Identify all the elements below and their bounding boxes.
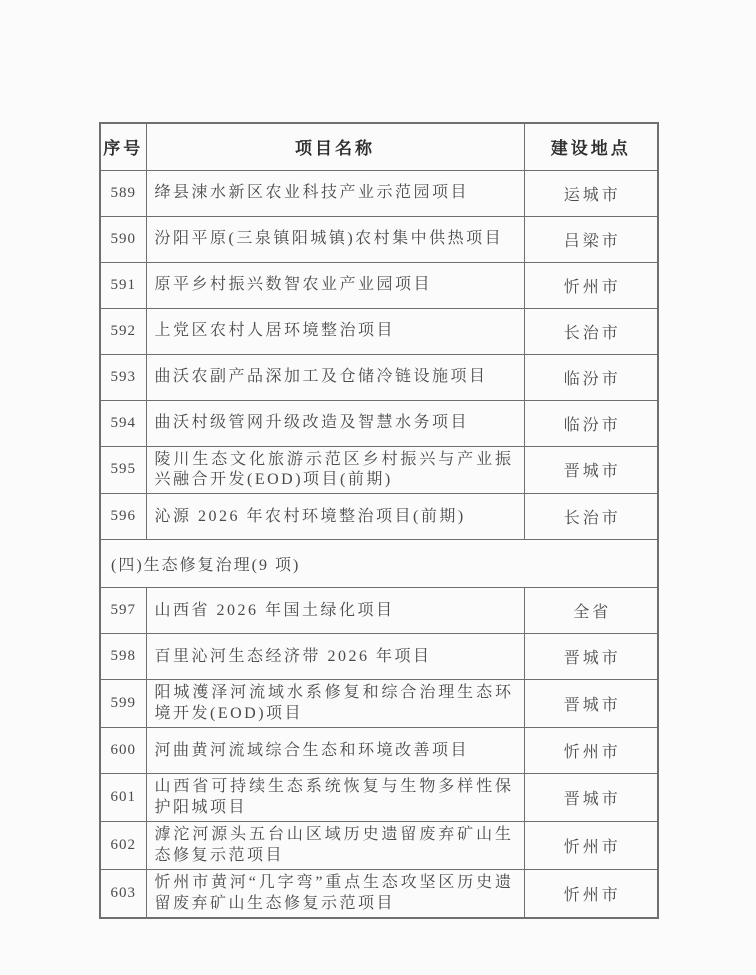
table-row: 594曲沃村级管网升级改造及智慧水务项目临汾市 xyxy=(100,400,658,446)
table-row: 598百里沁河生态经济带 2026 年项目晋城市 xyxy=(100,634,658,680)
header-serial-number: 序号 xyxy=(100,123,146,170)
project-name-cell: 忻州市黄河“几字弯”重点生态攻坚区历史遗留废弃矿山生态修复示范项目 xyxy=(146,870,524,918)
row-number-cell: 596 xyxy=(100,494,146,540)
location-cell: 吕梁市 xyxy=(524,216,658,262)
project-name-cell: 山西省可持续生态系统恢复与生物多样性保护阳城项目 xyxy=(146,774,524,822)
table-row: 602滹沱河源头五台山区域历史遗留废弃矿山生态修复示范项目忻州市 xyxy=(100,822,658,870)
project-name-cell: 曲沃农副产品深加工及仓储冷链设施项目 xyxy=(146,354,524,400)
location-cell: 临汾市 xyxy=(524,400,658,446)
row-number-cell: 602 xyxy=(100,822,146,870)
table-row: 597山西省 2026 年国土绿化项目全省 xyxy=(100,588,658,634)
project-table: 序号 项目名称 建设地点 589绛县涑水新区农业科技产业示范园项目运城市590汾… xyxy=(99,122,659,919)
location-cell: 忻州市 xyxy=(524,870,658,918)
section-header-label: (四)生态修复治理(9 项) xyxy=(100,540,658,588)
row-number-cell: 601 xyxy=(100,774,146,822)
location-cell: 晋城市 xyxy=(524,634,658,680)
project-name-cell: 曲沃村级管网升级改造及智慧水务项目 xyxy=(146,400,524,446)
location-cell: 运城市 xyxy=(524,170,658,216)
project-name-cell: 百里沁河生态经济带 2026 年项目 xyxy=(146,634,524,680)
location-cell: 晋城市 xyxy=(524,680,658,728)
table-row: 595陵川生态文化旅游示范区乡村振兴与产业振兴融合开发(EOD)项目(前期)晋城… xyxy=(100,446,658,494)
table-row: 596沁源 2026 年农村环境整治项目(前期)长治市 xyxy=(100,494,658,540)
table-row: 591原平乡村振兴数智农业产业园项目忻州市 xyxy=(100,262,658,308)
location-cell: 临汾市 xyxy=(524,354,658,400)
header-construction-location: 建设地点 xyxy=(524,123,658,170)
location-cell: 忻州市 xyxy=(524,728,658,774)
location-cell: 长治市 xyxy=(524,494,658,540)
project-name-cell: 陵川生态文化旅游示范区乡村振兴与产业振兴融合开发(EOD)项目(前期) xyxy=(146,446,524,494)
location-cell: 晋城市 xyxy=(524,774,658,822)
row-number-cell: 592 xyxy=(100,308,146,354)
table-row: 600河曲黄河流域综合生态和环境改善项目忻州市 xyxy=(100,728,658,774)
row-number-cell: 597 xyxy=(100,588,146,634)
table-body: 589绛县涑水新区农业科技产业示范园项目运城市590汾阳平原(三泉镇阳城镇)农村… xyxy=(100,170,658,918)
header-row: 序号 项目名称 建设地点 xyxy=(100,123,658,170)
table-row: 603忻州市黄河“几字弯”重点生态攻坚区历史遗留废弃矿山生态修复示范项目忻州市 xyxy=(100,870,658,918)
scanned-document-page: 序号 项目名称 建设地点 589绛县涑水新区农业科技产业示范园项目运城市590汾… xyxy=(0,0,756,975)
row-number-cell: 595 xyxy=(100,446,146,494)
table-row: 601山西省可持续生态系统恢复与生物多样性保护阳城项目晋城市 xyxy=(100,774,658,822)
row-number-cell: 594 xyxy=(100,400,146,446)
location-cell: 晋城市 xyxy=(524,446,658,494)
row-number-cell: 600 xyxy=(100,728,146,774)
row-number-cell: 591 xyxy=(100,262,146,308)
table-row: 590汾阳平原(三泉镇阳城镇)农村集中供热项目吕梁市 xyxy=(100,216,658,262)
table-row: 599阳城濩泽河流域水系修复和综合治理生态环境开发(EOD)项目晋城市 xyxy=(100,680,658,728)
row-number-cell: 589 xyxy=(100,170,146,216)
project-name-cell: 河曲黄河流域综合生态和环境改善项目 xyxy=(146,728,524,774)
row-number-cell: 590 xyxy=(100,216,146,262)
project-name-cell: 阳城濩泽河流域水系修复和综合治理生态环境开发(EOD)项目 xyxy=(146,680,524,728)
project-name-cell: 上党区农村人居环境整治项目 xyxy=(146,308,524,354)
table-row: 589绛县涑水新区农业科技产业示范园项目运城市 xyxy=(100,170,658,216)
location-cell: 忻州市 xyxy=(524,262,658,308)
project-name-cell: 汾阳平原(三泉镇阳城镇)农村集中供热项目 xyxy=(146,216,524,262)
location-cell: 忻州市 xyxy=(524,822,658,870)
location-cell: 全省 xyxy=(524,588,658,634)
table-header: 序号 项目名称 建设地点 xyxy=(100,123,658,170)
row-number-cell: 603 xyxy=(100,870,146,918)
project-name-cell: 滹沱河源头五台山区域历史遗留废弃矿山生态修复示范项目 xyxy=(146,822,524,870)
section-header-row: (四)生态修复治理(9 项) xyxy=(100,540,658,588)
table-row: 592上党区农村人居环境整治项目长治市 xyxy=(100,308,658,354)
table-row: 593曲沃农副产品深加工及仓储冷链设施项目临汾市 xyxy=(100,354,658,400)
project-name-cell: 绛县涑水新区农业科技产业示范园项目 xyxy=(146,170,524,216)
project-name-cell: 沁源 2026 年农村环境整治项目(前期) xyxy=(146,494,524,540)
row-number-cell: 598 xyxy=(100,634,146,680)
row-number-cell: 593 xyxy=(100,354,146,400)
project-name-cell: 山西省 2026 年国土绿化项目 xyxy=(146,588,524,634)
project-name-cell: 原平乡村振兴数智农业产业园项目 xyxy=(146,262,524,308)
location-cell: 长治市 xyxy=(524,308,658,354)
header-project-name: 项目名称 xyxy=(146,123,524,170)
row-number-cell: 599 xyxy=(100,680,146,728)
